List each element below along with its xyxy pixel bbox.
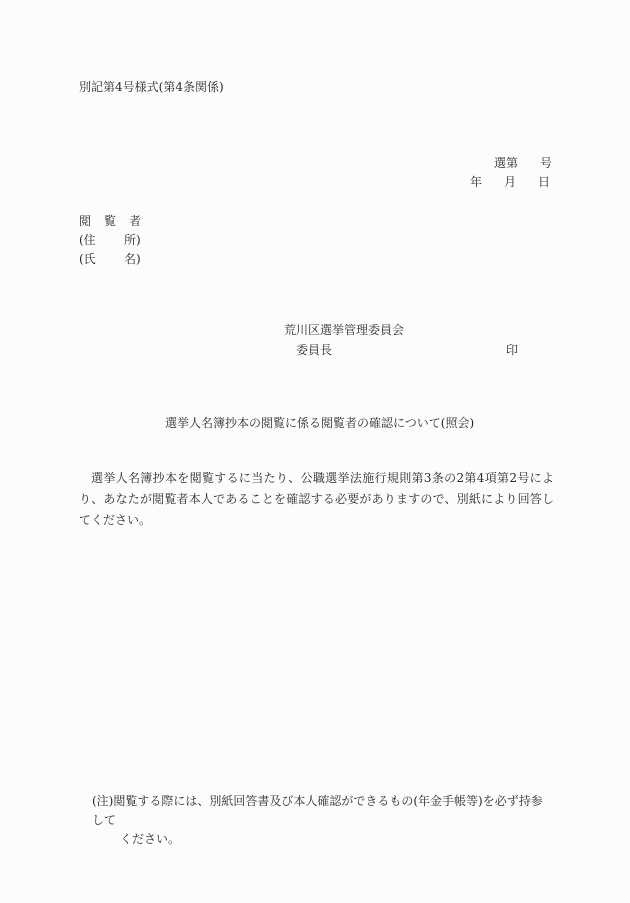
address-label-close: 所): [124, 233, 141, 247]
address-label-open: (住: [79, 231, 124, 250]
name-label-close: 名): [124, 252, 141, 266]
reference-suffix: 号: [540, 156, 552, 170]
date-line: 年月日: [470, 176, 550, 188]
viewer-name-label: (氏名): [79, 250, 141, 269]
reference-prefix: 選第: [494, 156, 518, 170]
reference-number: 選第号: [494, 157, 552, 169]
sender-organization: 荒川区選挙管理委員会: [284, 324, 404, 336]
name-label-open: (氏: [79, 250, 124, 269]
document-note: (注)閲覧する際には、別紙回答書及び本人確認ができるもの(年金手帳等)を必ず持参…: [92, 792, 554, 849]
seal-mark: 印: [506, 344, 518, 356]
viewer-block: 閲覧者 (住所) (氏名): [79, 212, 141, 269]
date-day: 日: [538, 175, 550, 189]
viewer-title-char: 覧: [104, 212, 129, 231]
viewer-title-char: 閲: [79, 212, 104, 231]
viewer-address-label: (住所): [79, 231, 141, 250]
viewer-title: 閲覧者: [79, 212, 141, 231]
date-year: 年: [470, 175, 482, 189]
document-body: 選挙人名簿抄本を閲覧するに当たり、公職選挙法施行規則第3条の2第4項第2号により…: [79, 468, 554, 531]
document-subject: 選挙人名簿抄本の閲覧に係る閲覧者の確認について(照会): [165, 417, 474, 429]
form-label: 別記第4号様式(第4条関係): [79, 81, 224, 93]
note-line-2: ください。: [92, 830, 554, 849]
date-month: 月: [504, 175, 516, 189]
sender-title: 委員長: [296, 344, 332, 356]
note-line-1: (注)閲覧する際には、別紙回答書及び本人確認ができるもの(年金手帳等)を必ず持参…: [92, 794, 543, 827]
viewer-title-char: 者: [129, 212, 141, 231]
